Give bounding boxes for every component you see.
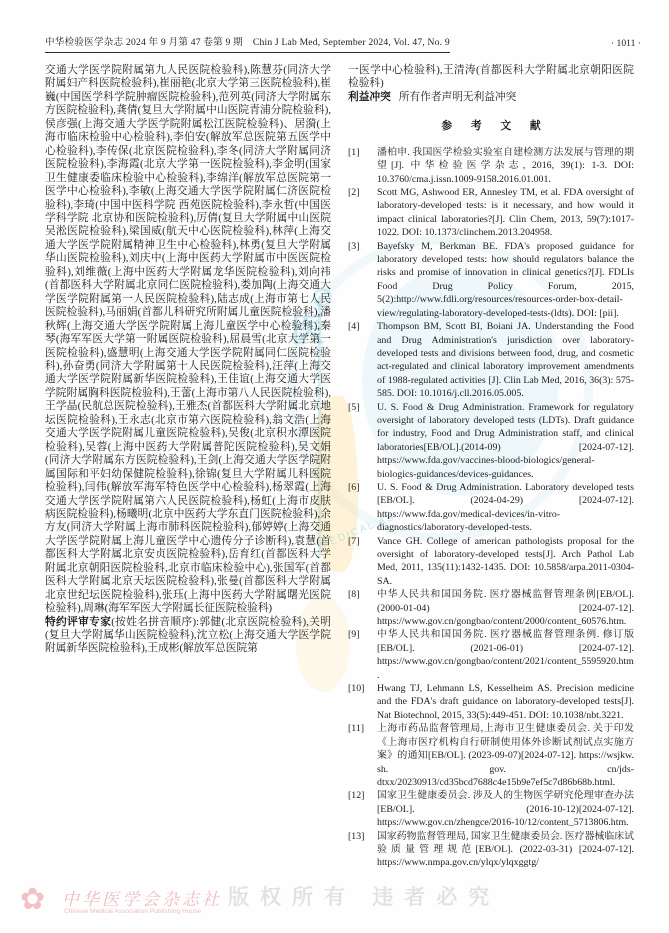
reference-number: [13] (348, 830, 369, 870)
reference-number: [9] (348, 628, 369, 682)
reference-text: Scott MG, Ashwood ER, Annesley TM, et al… (377, 186, 634, 240)
reference-number: [11] (348, 722, 369, 789)
reference-item: [2]Scott MG, Ashwood ER, Annesley TM, et… (348, 186, 634, 240)
reference-item: [1]潘柏申. 我国医学检验实验室自建检测方法发展与管理的期望[J]. 中华检验… (348, 146, 634, 186)
reference-text: U. S. Food & Drug Administration. Framew… (377, 401, 634, 481)
page-number: · 1011 · (611, 38, 641, 53)
journal-title-en: Chin J Lab Med, September 2024, Vol. 47,… (253, 37, 450, 48)
publisher-name-en-watermark: Chinese Medical Association Publishing H… (64, 908, 201, 915)
reference-number: [7] (348, 535, 369, 589)
reference-number: [3] (348, 240, 369, 320)
reviewer-list-end-paragraph: 一医学中心检验科),王清涛(首都医科大学附属北京朝阳医院检验科) (348, 64, 634, 91)
right-column: 一医学中心检验科),王清涛(首都医科大学附属北京朝阳医院检验科) 利益冲突所有作… (348, 64, 634, 870)
page-body: 交通大学医学院附属第九人民医院检验科),陈慧芬(同济大学附属妇产科医院检验科),… (45, 64, 634, 870)
conflict-text: 所有作者声明无利益冲突 (399, 91, 517, 103)
reference-text: Hwang TJ, Lehmann LS, Kesselheim AS. Pre… (377, 682, 634, 722)
reference-text: U. S. Food & Drug Administration. Labora… (377, 481, 634, 535)
reference-text: 中华人民共和国国务院. 医疗器械监督管理条例. 修订版[EB/OL]. (202… (377, 628, 634, 682)
reference-item: [11]上海市药品监督管理局,上海市卫生健康委员会. 关于印发《上海市医疗机构自… (348, 722, 634, 789)
reference-item: [13]国家药物监督管理局, 国家卫生健康委员会. 医疗器械临床试验质量管理规范… (348, 830, 634, 870)
reference-number: [12] (348, 789, 369, 829)
journal-page: 医 MEDICAL AS 中华检验医学杂志 2024 年 9 月第 47 卷第 … (0, 0, 669, 933)
publisher-flower-logo-icon: ✿ (20, 882, 45, 917)
page-header: 中华检验医学杂志 2024 年 9 月第 47 卷第 9 期Chin J Lab… (45, 34, 641, 53)
reference-item: [8]中华人民共和国国务院. 医疗器械监督管理条例[EB/OL]. (2000-… (348, 588, 634, 628)
conflict-of-interest-statement: 利益冲突所有作者声明无利益冲突 (348, 91, 634, 104)
reference-item: [6]U. S. Food & Drug Administration. Lab… (348, 481, 634, 535)
special-reviewers-paragraph: 特约评审专家(按姓名拼音顺序):郭健(北京医院检验科),关明(复旦大学附属华山医… (45, 616, 331, 656)
left-column: 交通大学医学院附属第九人民医院检验科),陈慧芬(同济大学附属妇产科医院检验科),… (45, 64, 331, 870)
reference-text: 中华人民共和国国务院. 医疗器械监督管理条例[EB/OL]. (2000-01-… (377, 588, 634, 628)
special-reviewers-label: 特约评审专家 (45, 616, 111, 628)
reference-number: [10] (348, 682, 369, 722)
reference-text: Bayefsky M, Berkman BE. FDA's proposed g… (377, 240, 634, 320)
reference-item: [12]国家卫生健康委员会. 涉及人的生物医学研究伦理审查办法[EB/OL]. … (348, 789, 634, 829)
reference-item: [4]Thompson BM, Scott BI, Boiani JA. Und… (348, 320, 634, 400)
reference-number: [1] (348, 146, 369, 186)
reference-item: [3]Bayefsky M, Berkman BE. FDA's propose… (348, 240, 634, 320)
reference-list: [1]潘柏申. 我国医学检验实验室自建检测方法发展与管理的期望[J]. 中华检验… (348, 146, 634, 870)
reference-number: [4] (348, 320, 369, 400)
reference-text: 上海市药品监督管理局,上海市卫生健康委员会. 关于印发《上海市医疗机构自行研制使… (377, 722, 634, 789)
reference-number: [2] (348, 186, 369, 240)
conflict-label: 利益冲突 (348, 91, 391, 103)
journal-title: 中华检验医学杂志 2024 年 9 月第 47 卷第 9 期Chin J Lab… (45, 34, 450, 53)
reference-text: 潘柏申. 我国医学检验实验室自建检测方法发展与管理的期望[J]. 中华检验医学杂… (377, 146, 634, 186)
copyright-watermark: 版权所有 违者必究 (228, 881, 500, 911)
journal-title-cn: 中华检验医学杂志 2024 年 9 月第 47 卷第 9 期 (45, 37, 243, 48)
publisher-name-watermark: 中华医学会杂志社 (62, 885, 222, 910)
reference-number: [6] (348, 481, 369, 535)
reference-item: [10]Hwang TJ, Lehmann LS, Kesselheim AS.… (348, 682, 634, 722)
reference-item: [7]Vance GH. College of american patholo… (348, 535, 634, 589)
reference-item: [9]中华人民共和国国务院. 医疗器械监督管理条例. 修订版[EB/OL]. (… (348, 628, 634, 682)
reviewer-list-paragraph: 交通大学医学院附属第九人民医院检验科),陈慧芬(同济大学附属妇产科医院检验科),… (45, 64, 331, 616)
reference-number: [8] (348, 588, 369, 628)
reference-text: 国家药物监督管理局, 国家卫生健康委员会. 医疗器械临床试验质量管理规范[EB/… (377, 830, 634, 870)
references-heading: 参 考 文 献 (356, 120, 634, 133)
reference-text: Thompson BM, Scott BI, Boiani JA. Unders… (377, 320, 634, 400)
reference-number: [5] (348, 401, 369, 481)
reference-text: Vance GH. College of american pathologis… (377, 535, 634, 589)
reference-text: 国家卫生健康委员会. 涉及人的生物医学研究伦理审查办法[EB/OL]. (201… (377, 789, 634, 829)
reference-item: [5]U. S. Food & Drug Administration. Fra… (348, 401, 634, 481)
